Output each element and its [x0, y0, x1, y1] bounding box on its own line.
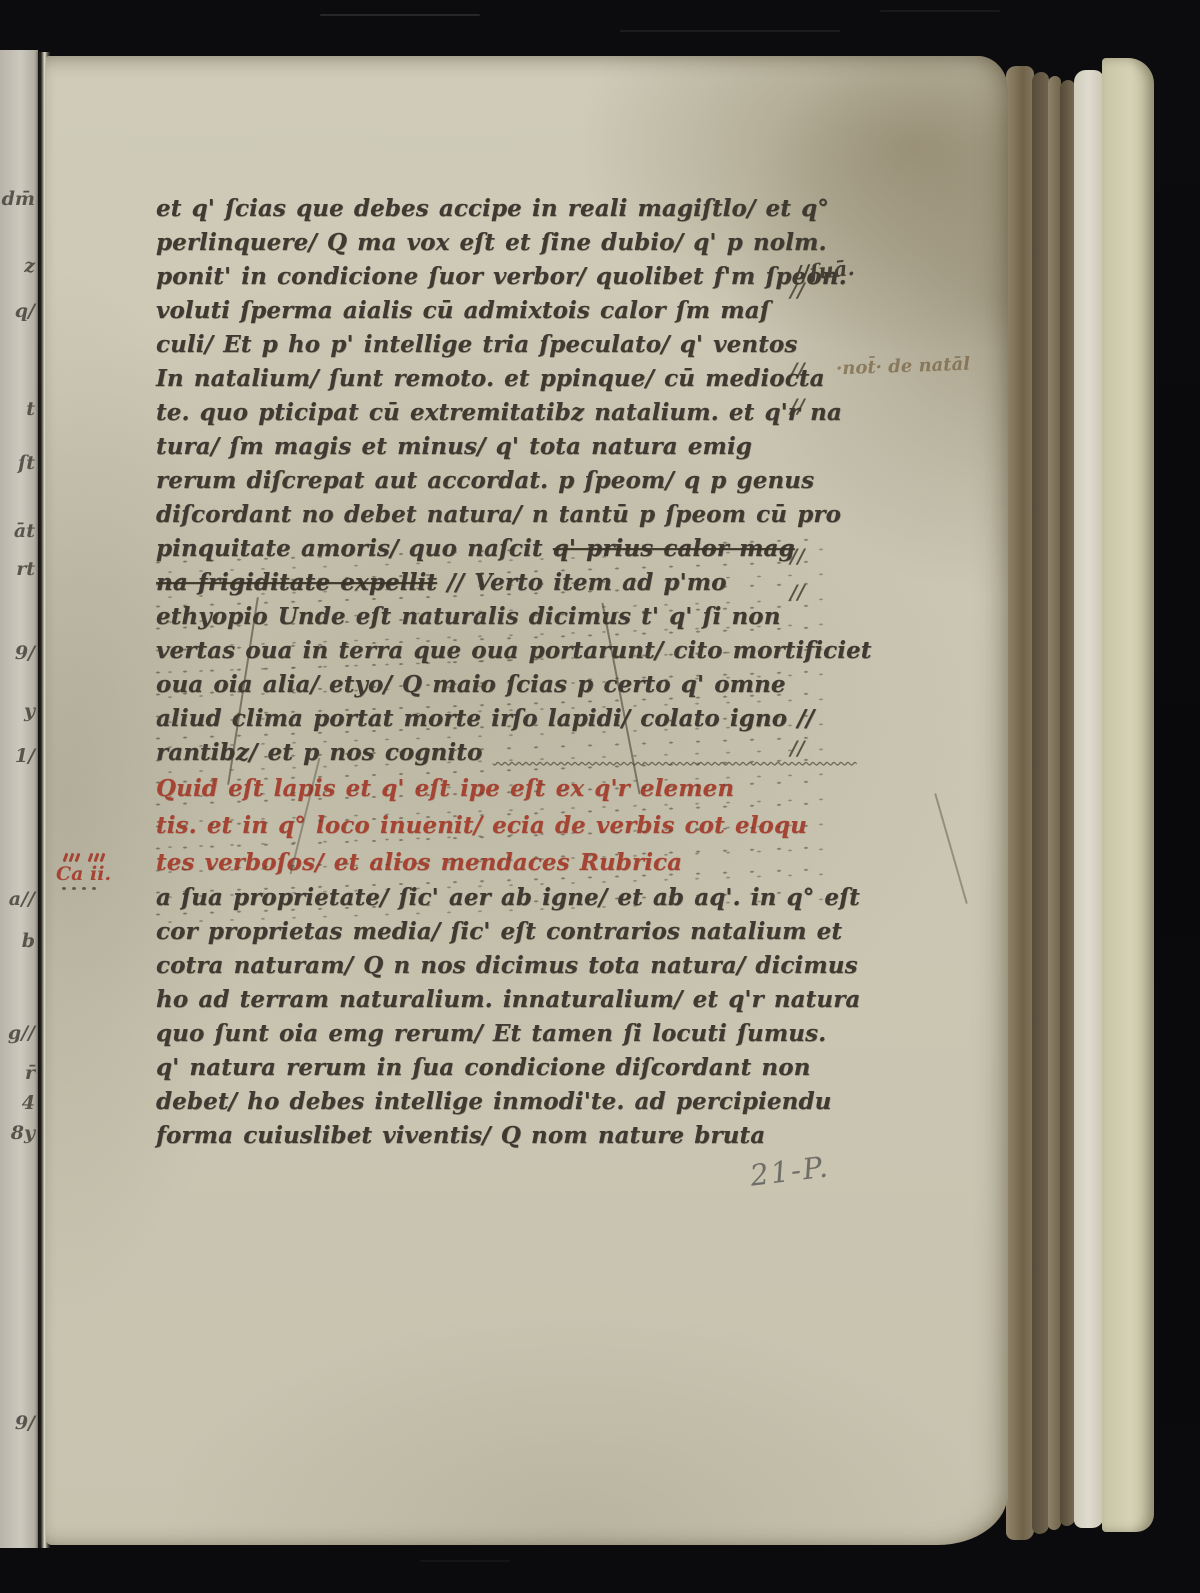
text-segment: q' prius calor mag — [553, 535, 795, 562]
manuscript-line: rantibz/ et p nos cognito — [156, 736, 846, 770]
text-fragment: 9/ — [15, 1412, 35, 1434]
red-tick-marks — [64, 853, 126, 862]
text-fragment: z — [24, 255, 35, 277]
manuscript-line: voluti ſperma aialis cū admixtois calor … — [156, 294, 846, 328]
text-segment: vertas oua in terra que oua portarunt/ c… — [156, 637, 872, 664]
text-fragment: āt — [14, 520, 35, 542]
text-fragment: 9/ — [15, 642, 35, 664]
text-segment: debet/ ho debes intellige inmodi'te. ad … — [156, 1088, 832, 1115]
manuscript-page: et q' ſcias que debes accipe in reali ma… — [46, 56, 1008, 1545]
manuscript-line: perlinquere/ Q ma vox eſt et ſine dubio/… — [156, 226, 846, 260]
manuscript-line: rerum diſcrepat aut accordat. p ſpeom/ q… — [156, 464, 846, 498]
manuscript-line: quo ſunt oia emg rerum/ Et tamen ſi locu… — [156, 1017, 846, 1051]
text-segment: et q' ſcias que debes accipe in reali ma… — [156, 195, 829, 222]
text-fragment: q/ — [15, 300, 35, 322]
margin-mark-red: Ca ii. — [56, 853, 126, 890]
text-segment: rerum diſcrepat aut accordat. p ſpeom/ q… — [156, 467, 814, 494]
rubric-block: Quid eſt lapis et q' eſt ipe eſt ex q'r … — [156, 770, 846, 881]
text-segment: cor proprietas media/ ſic' eſt contrario… — [156, 918, 842, 945]
manuscript-line: aliud clima portat morte irſo lapidi/ co… — [156, 702, 846, 736]
pen-stroke — [934, 793, 968, 904]
text-segment: aliud clima portat morte irſo lapidi/ co… — [156, 705, 814, 732]
text-segment: perlinquere/ Q ma vox eſt et ſine dubio/… — [156, 229, 827, 256]
expunction-dots-small — [62, 887, 126, 890]
text-segment: tis. et in q° loco inuenit/ ecia de verb… — [156, 812, 807, 839]
fore-edge-pages-band — [1032, 72, 1049, 1534]
text-fragment: g// — [8, 1022, 35, 1044]
text-segment: voluti ſperma aialis cū admixtois calor … — [156, 297, 770, 324]
backdrop-scratch — [420, 1560, 510, 1562]
text-segment: culi/ Et p ho p' intellige tria ſpeculat… — [156, 331, 797, 358]
manuscript-line: diſcordant no debet natura/ n tantū p ſp… — [156, 498, 846, 532]
text-fragment: rt — [16, 558, 35, 580]
page-number-pencil: 21-P. — [748, 1149, 831, 1192]
text-segment: tes verboſos/ et alios mendaces Rubrica — [156, 849, 682, 876]
text-block-upper: et q' ſcias que debes accipe in reali ma… — [156, 192, 846, 770]
text-segment: forma cuiuslibet viventis/ Q nom nature … — [156, 1122, 765, 1149]
manuscript-line: ethyopio Unde eſt naturalis dicimus t' q… — [156, 600, 846, 634]
line-end-slash-mark: // — [790, 580, 805, 604]
rubric-line: Quid eſt lapis et q' eſt ipe eſt ex q'r … — [156, 770, 846, 807]
text-segment: na frigiditate expellit — [156, 569, 437, 596]
text-fragment: dm̄ — [2, 188, 35, 210]
line-end-slash-mark: // — [790, 394, 805, 418]
line-end-slash-mark: // — [790, 736, 805, 760]
manuscript-line: na frigiditate expellit // Verto item ad… — [156, 566, 846, 600]
manuscript-text-block: et q' ſcias que debes accipe in reali ma… — [156, 192, 846, 1153]
manuscript-line: cor proprietas media/ ſic' eſt contrario… — [156, 915, 846, 949]
text-segment: ponit' in condicione ſuor verbor/ quolib… — [156, 263, 847, 290]
line-end-slash-mark: // — [790, 278, 805, 302]
backdrop-scratch — [320, 14, 480, 16]
text-segment: cotra naturam/ Q n nos dicimus tota natu… — [156, 952, 858, 979]
text-segment: q' natura rerum in ſua condicione diſcor… — [156, 1054, 811, 1081]
fore-edge-pages-band — [1006, 66, 1034, 1540]
manuscript-line: ponit' in condicione ſuor verbor/ quolib… — [156, 260, 846, 294]
manuscript-line: oua oia alia/ etyo/ Q maio ſcias p certo… — [156, 668, 846, 702]
text-segment: a ſua proprietate/ ſic' aer ab igne/ et … — [156, 884, 860, 911]
backdrop-scratch — [620, 30, 840, 32]
manuscript-line: ho ad terram naturalium. innaturalium/ e… — [156, 983, 846, 1017]
text-segment: quo ſunt oia emg rerum/ Et tamen ſi locu… — [156, 1020, 826, 1047]
text-fragment: ſt — [18, 452, 35, 474]
rubric-line: tis. et in q° loco inuenit/ ecia de verb… — [156, 807, 846, 844]
photograph-backdrop: dm̄zq/tſtātrt9/y1/a//bg//r̄48y9/ et q' ſ… — [0, 0, 1200, 1593]
text-segment: rantibz/ et p nos cognito — [156, 739, 493, 766]
manuscript-line: debet/ ho debes intellige inmodi'te. ad … — [156, 1085, 846, 1119]
manuscript-line: vertas oua in terra que oua portarunt/ c… — [156, 634, 846, 668]
text-segment: ho ad terram naturalium. innaturalium/ e… — [156, 986, 860, 1013]
text-segment: diſcordant no debet natura/ n tantū p ſp… — [156, 501, 841, 528]
fore-edge-pages-band — [1060, 80, 1075, 1526]
parchment-cover-edge — [1102, 58, 1154, 1532]
text-segment: pinquitate amoris/ quo naſcit — [156, 535, 553, 562]
text-segment: te. quo pticipat cū extremitatibz natali… — [156, 399, 842, 426]
text-block-lower: a ſua proprietate/ ſic' aer ab igne/ et … — [156, 881, 846, 1153]
text-fragment: a// — [9, 888, 35, 910]
line-end-slash-mark: // — [790, 358, 805, 382]
text-segment: In natalium/ ſunt remoto. et ppinque/ cū… — [156, 365, 825, 392]
text-fragment: t — [26, 398, 35, 420]
text-fragment: 1/ — [15, 745, 35, 767]
text-fragment: y — [24, 700, 35, 722]
manuscript-line: pinquitate amoris/ quo naſcit q' prius c… — [156, 532, 846, 566]
text-segment: oua oia alia/ etyo/ Q maio ſcias p certo… — [156, 671, 786, 698]
text-fragment: b — [22, 930, 35, 952]
text-segment: tura/ ſm magis et minus/ q' tota natura … — [156, 433, 752, 460]
manuscript-line: In natalium/ ſunt remoto. et ppinque/ cū… — [156, 362, 846, 396]
text-segment: // Verto item ad p'mo — [437, 569, 727, 596]
text-fragment: 4 — [22, 1092, 35, 1114]
text-segment: Quid eſt lapis et q' eſt ipe eſt ex q'r … — [156, 775, 734, 802]
text-fragment: r̄ — [25, 1062, 35, 1084]
facing-page-edge: dm̄zq/tſtātrt9/y1/a//bg//r̄48y9/ — [0, 50, 38, 1548]
manuscript-line: te. quo pticipat cū extremitatibz natali… — [156, 396, 846, 430]
backdrop-scratch — [880, 10, 1000, 12]
manuscript-line: a ſua proprietate/ ſic' aer ab igne/ et … — [156, 881, 846, 915]
fore-edge-flyleaf — [1074, 70, 1104, 1528]
text-fragment: 8y — [11, 1122, 35, 1144]
rubric-line: tes verboſos/ et alios mendaces Rubrica — [156, 844, 846, 881]
red-margin-label: Ca ii. — [56, 863, 126, 885]
margin-note-nota: ·not̄· de natāl — [836, 354, 971, 380]
line-end-slash-mark: // — [790, 544, 805, 568]
text-segment: ethyopio Unde eſt naturalis dicimus t' q… — [156, 603, 781, 630]
manuscript-line: cotra naturam/ Q n nos dicimus tota natu… — [156, 949, 846, 983]
manuscript-line: forma cuiuslibet viventis/ Q nom nature … — [156, 1119, 846, 1153]
manuscript-line: q' natura rerum in ſua condicione diſcor… — [156, 1051, 846, 1085]
manuscript-line: tura/ ſm magis et minus/ q' tota natura … — [156, 430, 846, 464]
manuscript-line: culi/ Et p ho p' intellige tria ſpeculat… — [156, 328, 846, 362]
manuscript-line: et q' ſcias que debes accipe in reali ma… — [156, 192, 846, 226]
